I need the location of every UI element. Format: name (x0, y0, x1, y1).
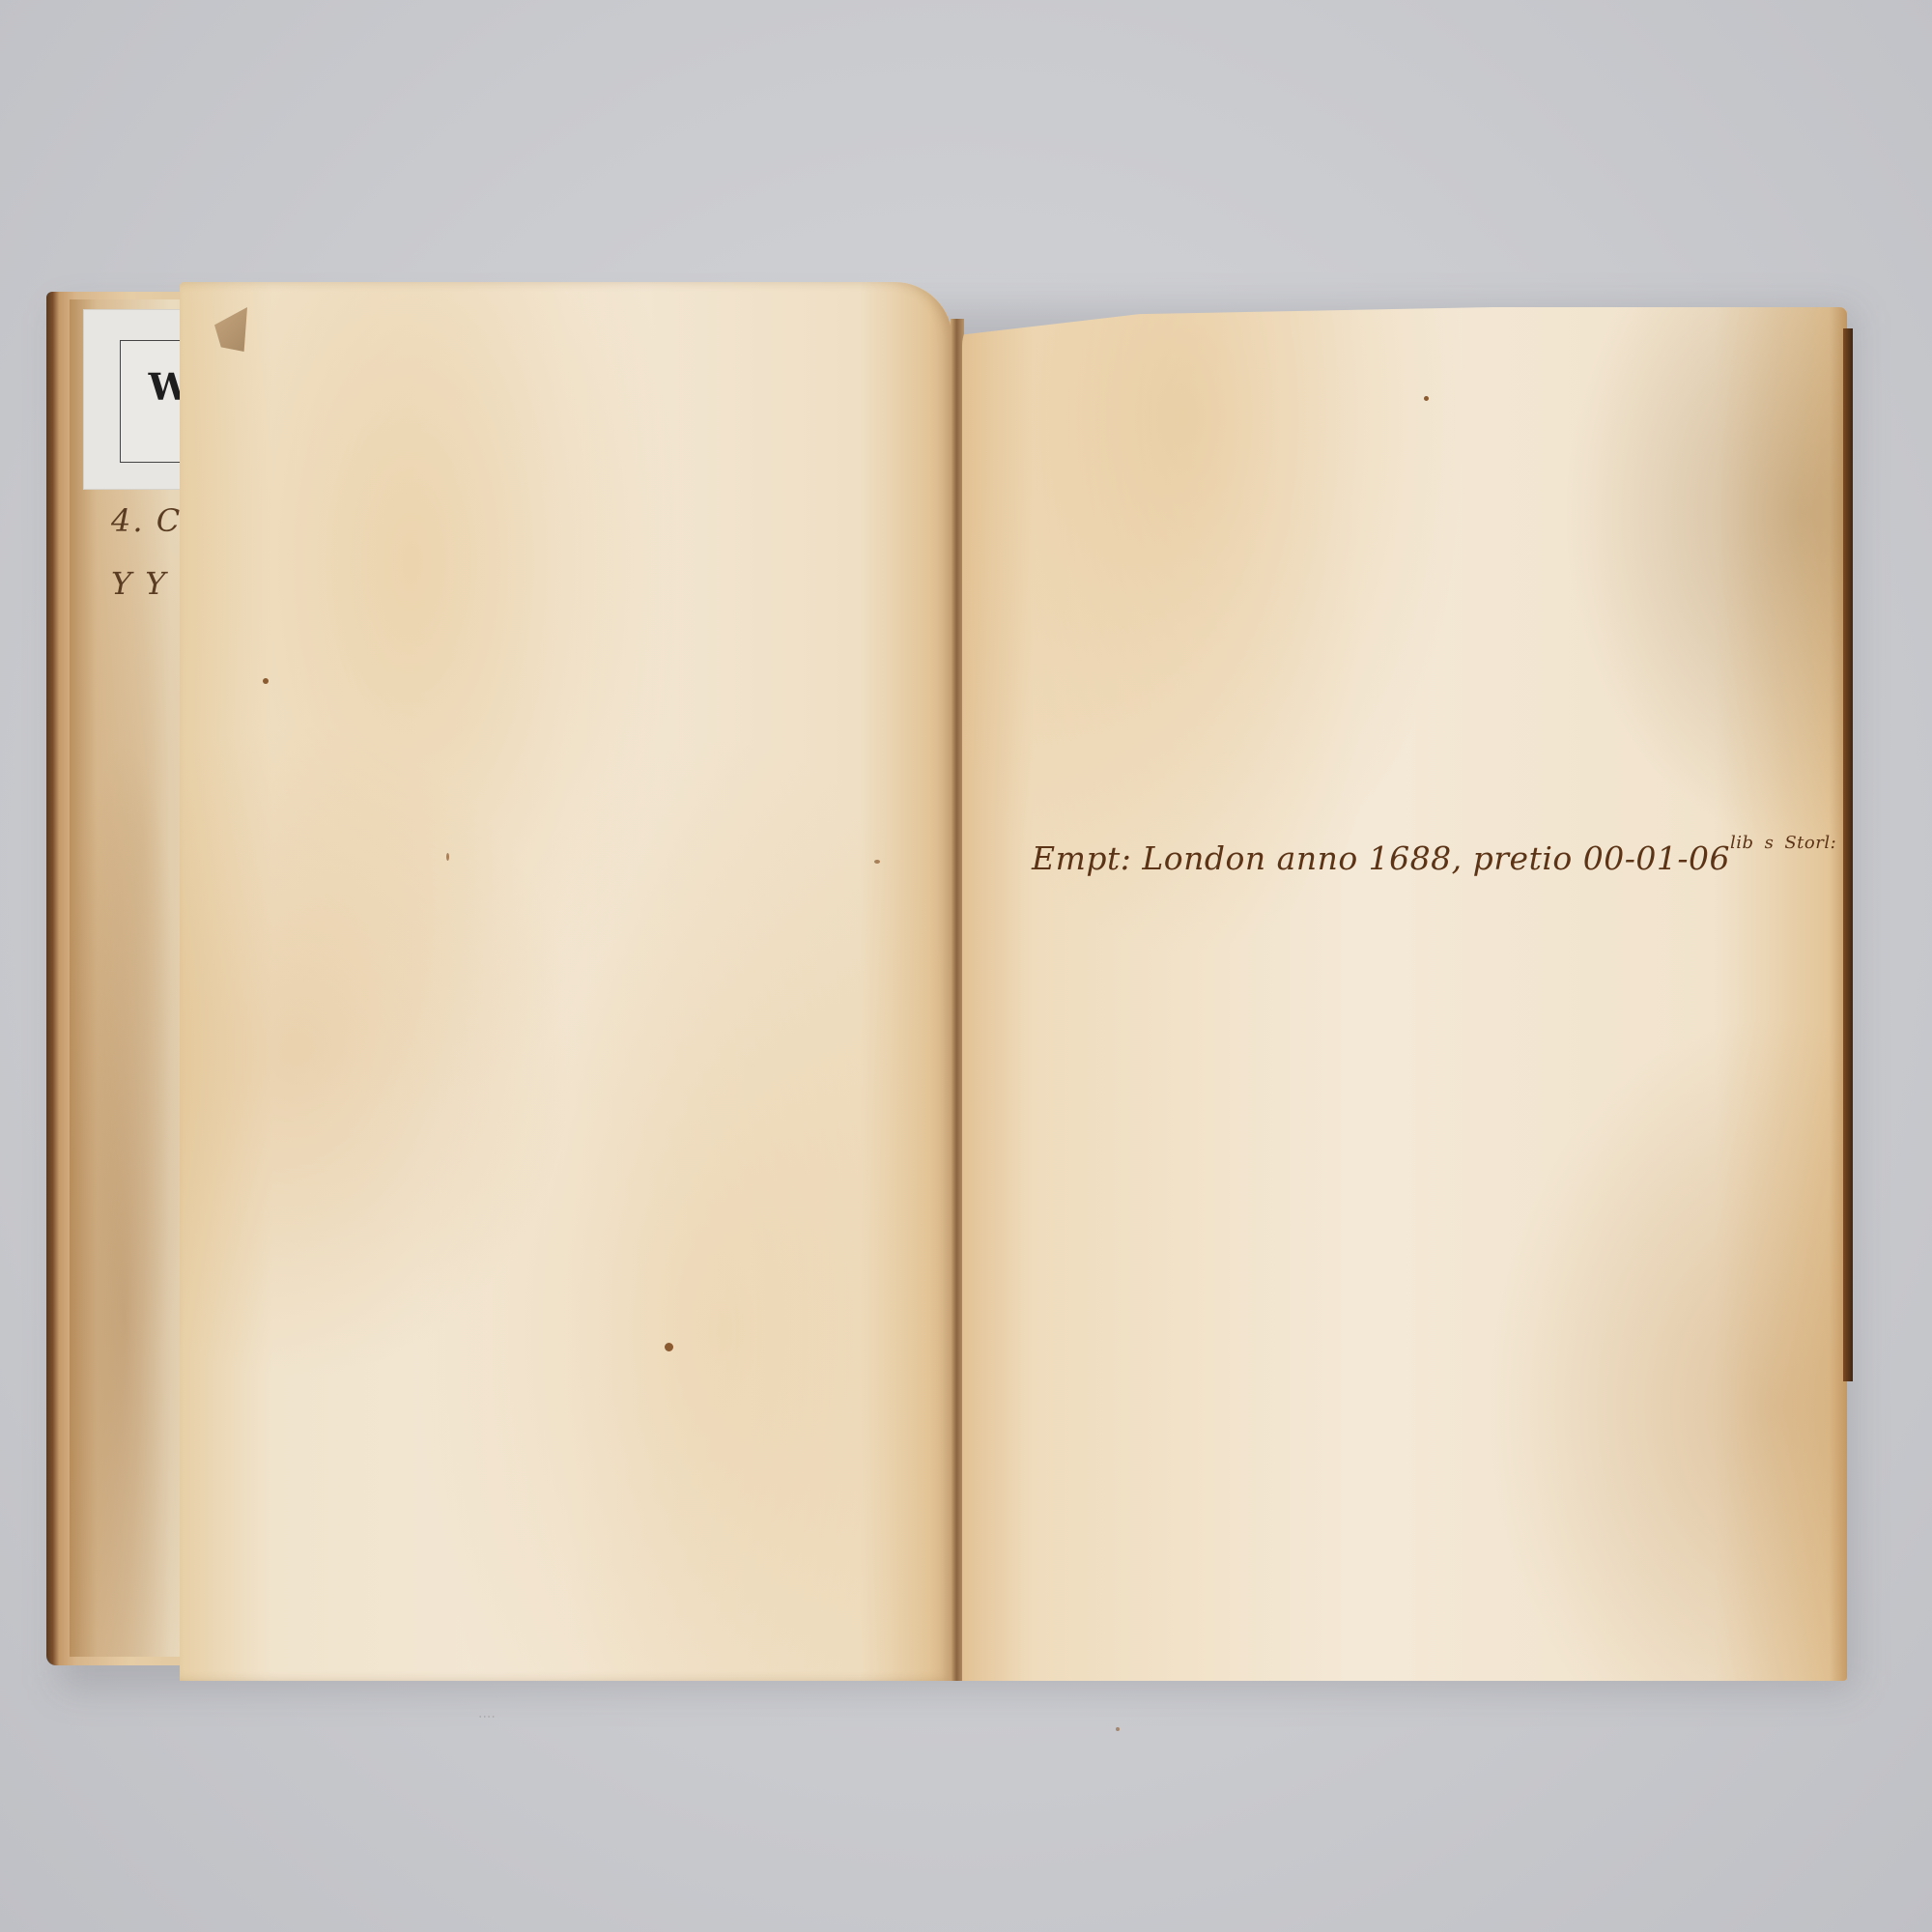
foxing-spot (446, 853, 449, 861)
foxing-spot (263, 678, 269, 684)
foxing-spot (1424, 396, 1429, 401)
faint-stamp-below-book: ···· (478, 1710, 496, 1725)
pastedown-handwriting-line-2: Y Y (111, 565, 167, 602)
foxing-spot (874, 860, 880, 864)
book-cover-right-edge (1843, 328, 1853, 1381)
inscription-suffix: Storl: (1784, 833, 1836, 853)
inscription-superscript-s: s (1765, 833, 1775, 853)
book-gutter (951, 319, 964, 1681)
right-page-flyleaf (962, 307, 1847, 1681)
foxing-spot (1116, 1727, 1120, 1731)
foxing-spot (665, 1343, 673, 1351)
ownership-inscription: Empt: London anno 1688, pretio 00-01-06l… (1032, 833, 1836, 877)
pastedown-handwriting-line-1: 4. C (111, 502, 182, 539)
inscription-text: Empt: London anno 1688, pretio 00-01-06 (1032, 839, 1730, 877)
inscription-superscript-lib: lib (1730, 833, 1754, 853)
left-page-flyleaf (180, 282, 952, 1681)
